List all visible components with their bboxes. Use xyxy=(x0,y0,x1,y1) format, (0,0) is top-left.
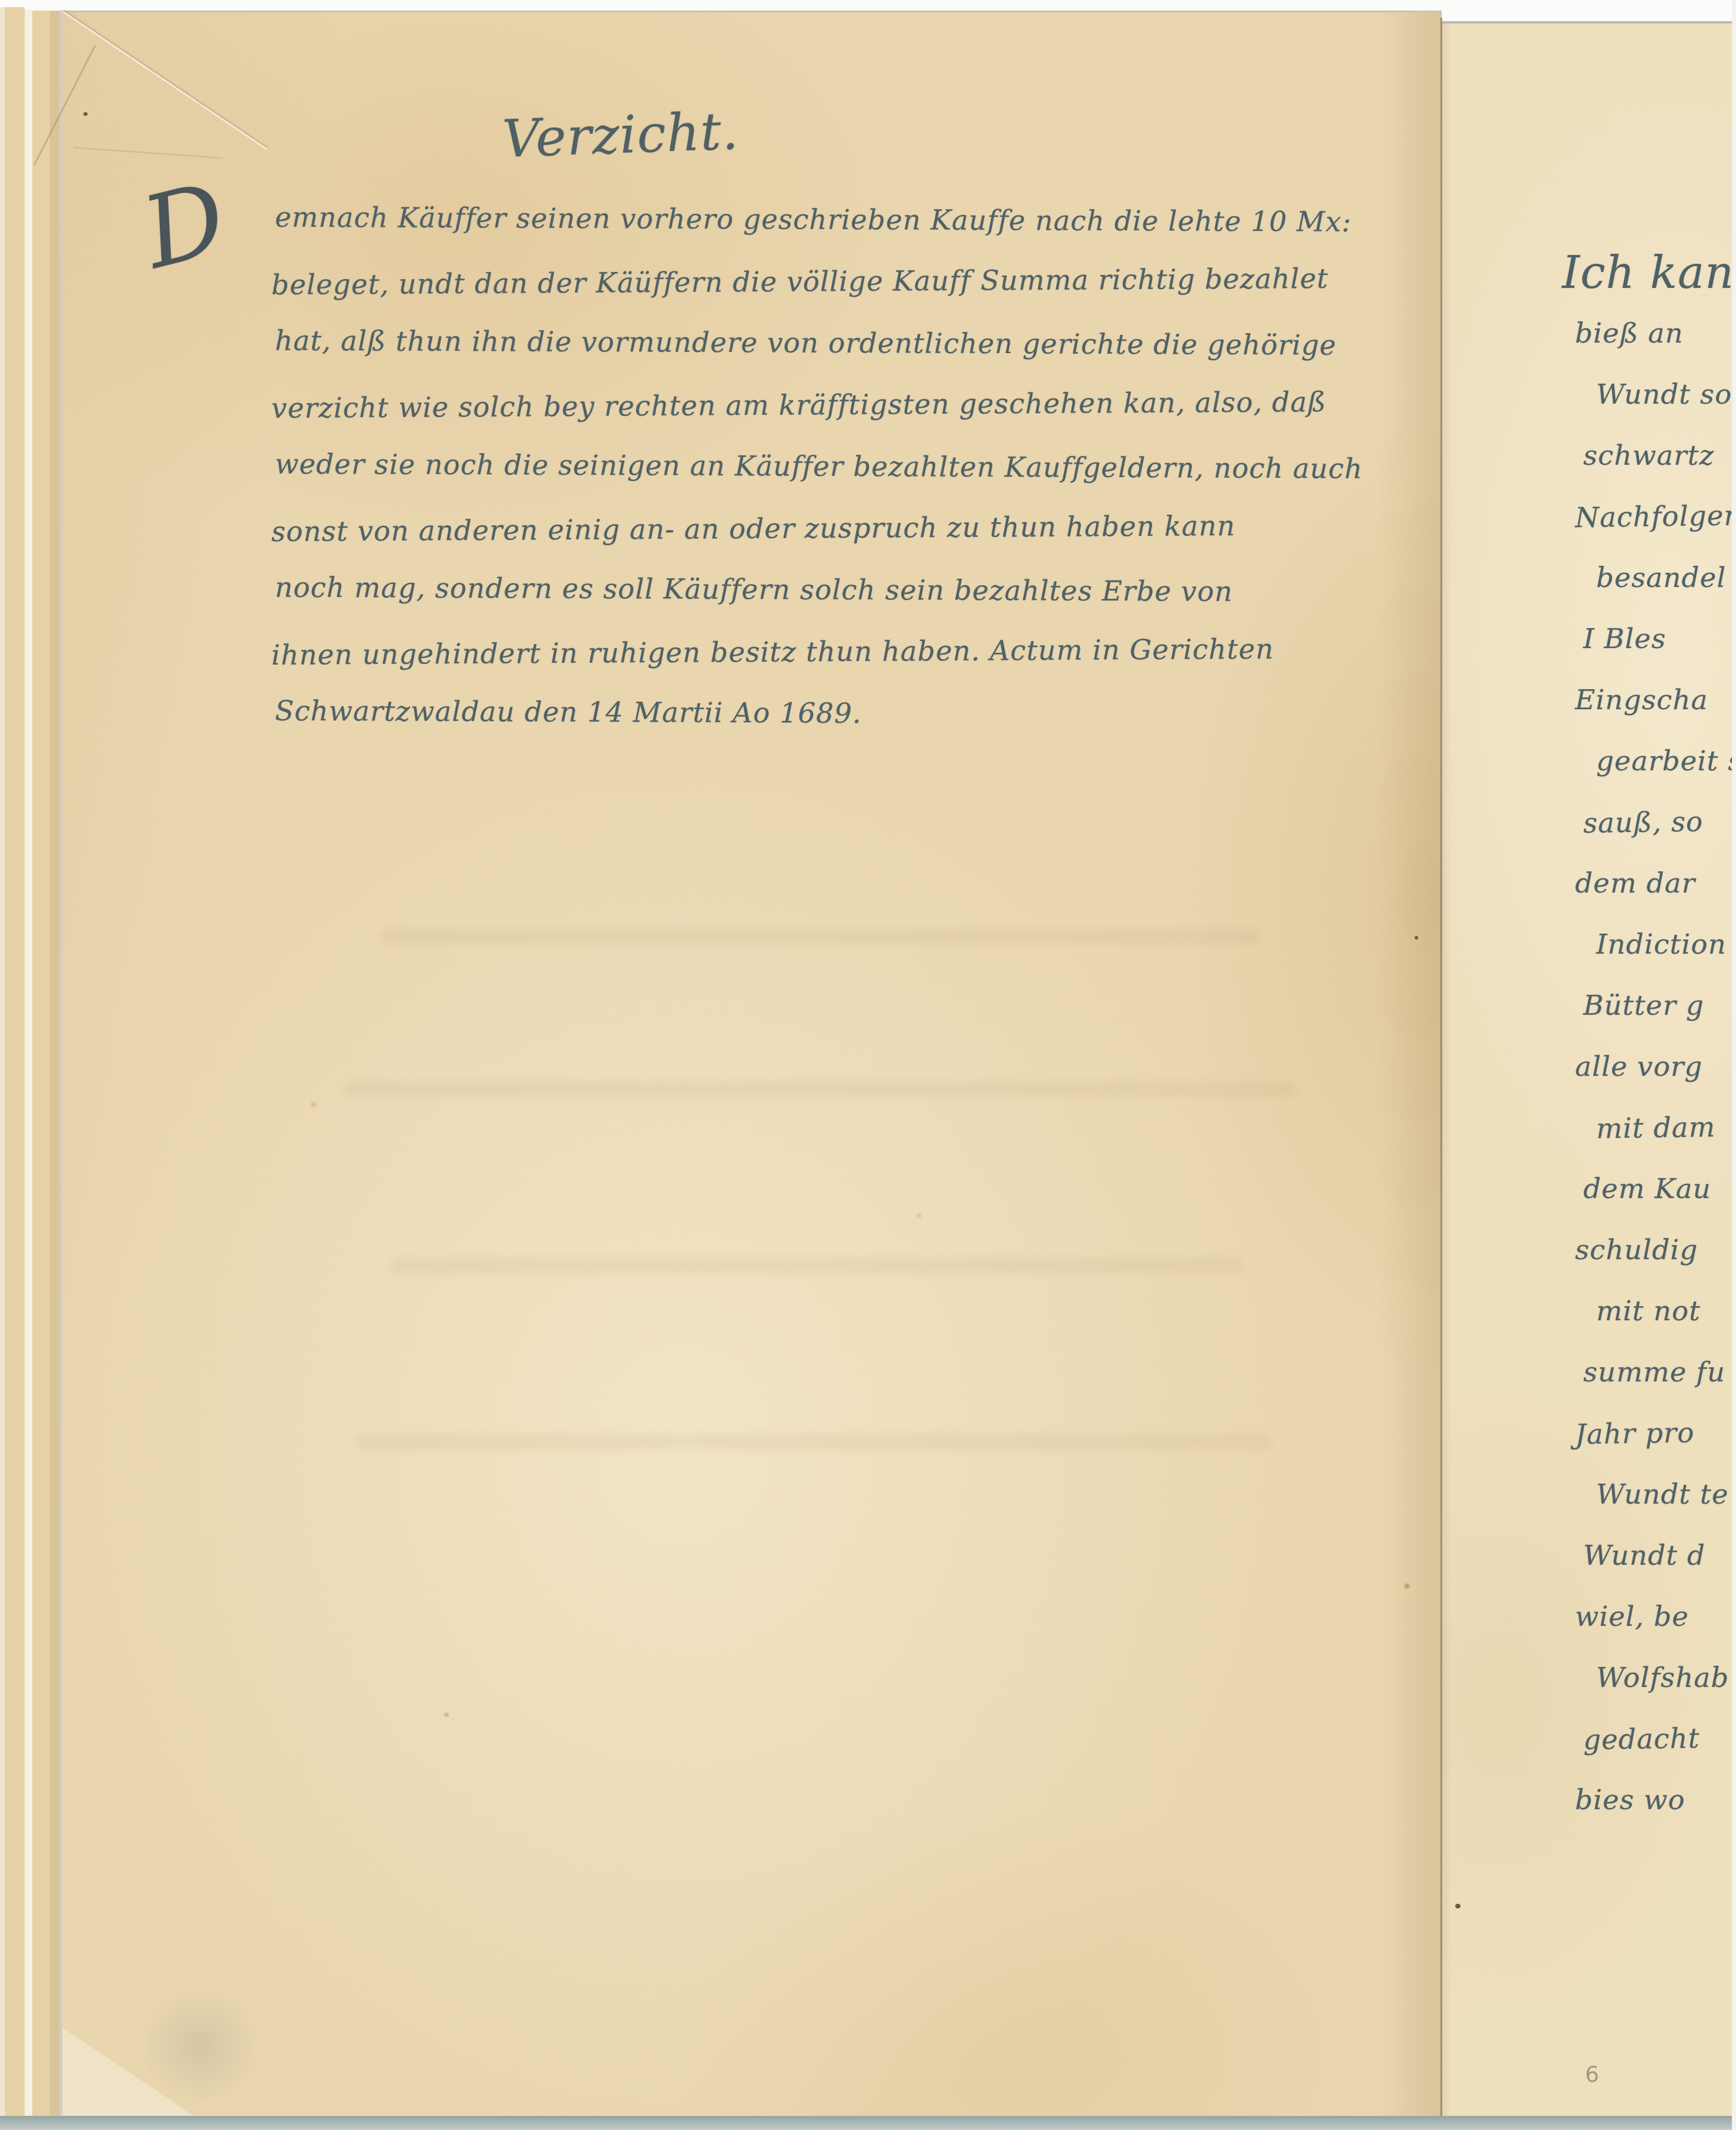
ink-speck xyxy=(83,112,88,116)
body-line: sonst von anderen einig an- an oder zusp… xyxy=(271,494,1423,563)
line-fragment: gedacht xyxy=(1583,1708,1736,1771)
page-stack-edge-outer xyxy=(0,7,25,2120)
scanner-right-edge xyxy=(1732,0,1736,2130)
line-fragment: Bütter g xyxy=(1583,975,1736,1037)
line-fragment: Indiction xyxy=(1596,914,1736,975)
line-fragment: Ich kan xyxy=(1562,242,1736,303)
body-line: noch mag, sondern es soll Käuffern solch… xyxy=(275,557,1423,624)
line-fragment: bieß an xyxy=(1575,303,1736,364)
scanner-top-band xyxy=(0,0,1736,8)
line-fragment: mit not xyxy=(1596,1281,1736,1342)
body-paragraph: D emnach Käuffer seinen vorhero geschrie… xyxy=(271,189,1423,744)
line-fragment: mit dam xyxy=(1596,1096,1736,1160)
ink-speck xyxy=(1455,1904,1460,1908)
line-fragment: Wundt te xyxy=(1596,1464,1736,1525)
right-page: Ich kan bieß an Wundt so schwartz Nachfo… xyxy=(1442,21,1732,2119)
body-line: verzicht wie solch bey rechten am kräfft… xyxy=(271,371,1423,440)
bottom-left-fold-crease xyxy=(62,11,268,150)
line-fragment: Nachfolgen xyxy=(1574,485,1736,549)
line-fragment: Wundt so xyxy=(1596,364,1736,425)
line-fragment: besandel xyxy=(1596,548,1736,609)
body-line: hat, alß thun ihn die vormundere von ord… xyxy=(275,310,1423,377)
right-page-text-column: Ich kan bieß an Wundt so schwartz Nachfo… xyxy=(1583,242,1736,1831)
line-fragment: I Bles xyxy=(1583,609,1736,670)
line-fragment: Wundt d xyxy=(1583,1525,1736,1586)
page-stack-edge-sliver xyxy=(25,9,32,2120)
foxing-spot xyxy=(915,1212,923,1219)
document-heading: Verzicht. xyxy=(501,100,740,169)
line-fragment: schwartz xyxy=(1583,425,1736,487)
body-line: ihnen ungehindert in ruhigen besitz thun… xyxy=(271,618,1423,686)
body-line: weder sie noch die seinigen an Käuffer b… xyxy=(275,434,1423,501)
manuscript-scan: Verzicht. D emnach Käuffer seinen vorher… xyxy=(0,0,1736,2130)
bleed-through-ghost-line xyxy=(391,1258,1243,1273)
line-fragment: Jahr pro xyxy=(1574,1402,1736,1465)
foxing-spot xyxy=(309,1101,318,1109)
bleed-through-ghost-line xyxy=(344,1082,1296,1097)
page-number: 6 xyxy=(1585,2061,1599,2087)
bleed-through-ghost-line xyxy=(380,929,1261,944)
top-left-crease-secondary xyxy=(73,147,223,159)
line-fragment: dem Kau xyxy=(1583,1159,1736,1220)
line-fragment: summe fu xyxy=(1583,1342,1736,1403)
dateline: Schwartzwaldau den 14 Martii Ao 1689. xyxy=(275,680,1423,747)
line-fragment: wiel, be xyxy=(1575,1586,1736,1648)
line-fragment: sauß, so xyxy=(1583,791,1736,854)
body-line: emnach Käuffer seinen vorhero geschriebe… xyxy=(275,187,1423,254)
line-fragment: Wolfshab xyxy=(1596,1648,1736,1709)
line-fragment: Eingscha xyxy=(1575,670,1736,731)
line-fragment: gearbeit sa xyxy=(1596,731,1736,792)
bleed-through-ghost-line xyxy=(356,1434,1272,1450)
grey-stain xyxy=(139,1987,262,2104)
scanner-bottom-strip xyxy=(0,2116,1736,2130)
line-fragment: schuldig xyxy=(1575,1220,1736,1281)
line-fragment: dem dar xyxy=(1575,853,1736,914)
line-fragment: bies wo xyxy=(1575,1770,1736,1831)
body-line: beleget, undt dan der Käüffern die völli… xyxy=(271,247,1423,316)
page-stack-edge-inner xyxy=(32,11,59,2120)
foxing-spot xyxy=(443,1712,450,1718)
line-fragment: alle vorg xyxy=(1575,1037,1736,1098)
